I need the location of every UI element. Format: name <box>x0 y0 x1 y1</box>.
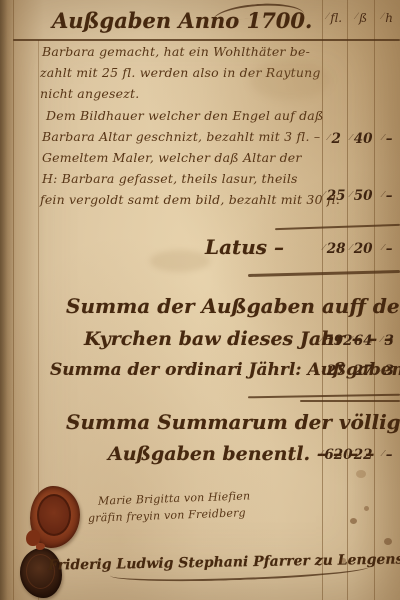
stain <box>250 60 330 100</box>
stain <box>356 470 366 478</box>
summary-amount: 592 64 3 <box>321 333 400 349</box>
header-underline <box>13 39 400 41</box>
amount-heller: 3 <box>375 333 400 349</box>
entry-text-line: H: Barbara gefasset, theils lasur, theil… <box>42 171 298 186</box>
entry-amount: 25 50 – <box>321 188 400 204</box>
amount-schilling: 27 <box>348 363 375 379</box>
amount-schilling: 50 <box>348 188 375 204</box>
amount-florin: 592 <box>321 333 348 349</box>
amount-florin: 27 <box>321 363 348 379</box>
amount-heller: – <box>375 188 400 204</box>
amount-schilling: 22 <box>348 447 375 463</box>
column-header-heller: h <box>375 11 400 25</box>
binding-edge <box>0 0 14 600</box>
entry-text-line: Barbara gemacht, hat ein Wohlthäter be- <box>42 44 310 59</box>
entry-text-line: Dem Bildhauer welcher den Engel auf daß <box>46 108 324 123</box>
column-header-florin: fl. <box>321 11 348 25</box>
entry-text-line: Barbara Altar geschnizt, bezahlt mit 3 f… <box>42 129 320 144</box>
margin-rule-line <box>13 0 14 600</box>
attestation-signature-line: gräfin freyin von Freidberg <box>88 506 246 524</box>
amount-heller: 3 <box>375 363 400 379</box>
amount-florin: 2 <box>321 131 348 147</box>
amount-heller: – <box>375 131 400 147</box>
entry-text-line: fein vergoldt samt dem bild, bezahlt mit… <box>40 192 340 207</box>
column-header-schilling: ß <box>348 11 375 25</box>
stain <box>384 538 392 545</box>
amount-schilling: 20 <box>348 241 375 257</box>
stain <box>364 506 369 511</box>
entry-amount: 2 40 – <box>321 131 400 147</box>
red-wax-seal-impression <box>37 494 71 536</box>
grand-total-line: Summa Summarum der völligen <box>66 410 400 434</box>
stain <box>350 518 357 524</box>
amount-florin: 28 <box>321 241 348 257</box>
summary-amount: 27 27 3 <box>321 363 400 379</box>
red-wax-seal <box>30 486 80 548</box>
attestation-signature-line: Marie Brigitta von Hiefien <box>98 489 251 507</box>
grand-total-rule-2 <box>300 400 400 402</box>
grand-total-amount: 620 22 – <box>321 447 400 463</box>
summary-line: Summa der Außgaben auff den <box>66 294 400 318</box>
latus-rule-below <box>248 270 400 277</box>
stain <box>341 558 346 563</box>
latus-rule-above <box>275 224 400 230</box>
manuscript-page: Außgaben Anno 1700. fl. ß h Barbara gema… <box>0 0 400 600</box>
amount-schilling: 40 <box>348 131 375 147</box>
amount-florin: 620 <box>321 447 348 463</box>
stain <box>150 250 210 272</box>
amount-schilling: 64 <box>348 333 375 349</box>
dark-wax-seal-speck <box>36 543 45 550</box>
latus-amount: 28 20 – <box>321 241 400 257</box>
amount-heller: – <box>375 241 400 257</box>
entry-text-line: Gemeltem Maler, welcher daß Altar der <box>42 150 302 165</box>
entry-text-line: nicht angesezt. <box>40 86 139 101</box>
column-headers: fl. ß h <box>321 11 400 25</box>
latus-label: Latus – <box>205 235 284 259</box>
amount-florin: 25 <box>321 188 348 204</box>
grand-total-rule-1 <box>248 394 400 398</box>
amount-heller: – <box>375 447 400 463</box>
